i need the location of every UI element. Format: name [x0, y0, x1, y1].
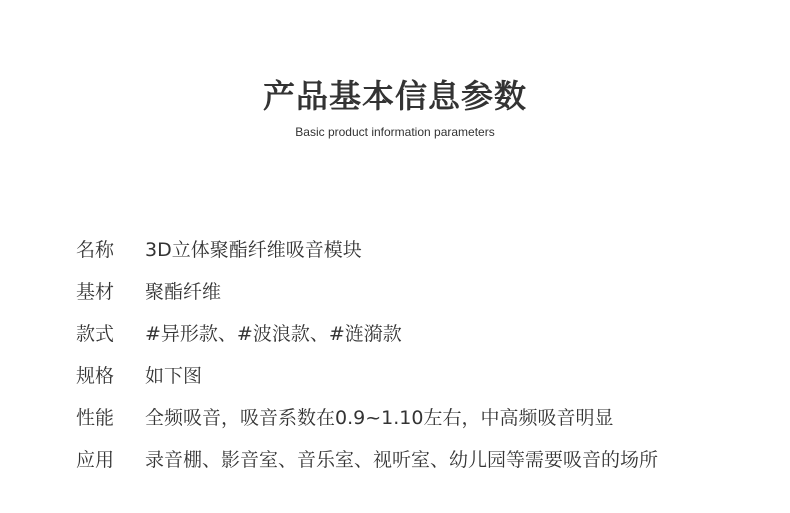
spec-label: 应用 — [76, 446, 145, 474]
spec-value: 聚酯纤维 — [145, 278, 221, 306]
spec-value: 全频吸音，吸音系数在0.9~1.10左右，中高频吸音明显 — [145, 404, 613, 432]
spec-label: 名称 — [76, 236, 145, 264]
spec-row-size: 规格 如下图 — [76, 355, 658, 397]
spec-value: #异形款、#波浪款、#涟漪款 — [145, 320, 402, 348]
spec-value: 录音棚、影音室、音乐室、视听室、幼儿园等需要吸音的场所 — [145, 446, 658, 474]
spec-value: 3D立体聚酯纤维吸音模块 — [145, 236, 362, 264]
spec-row-material: 基材 聚酯纤维 — [76, 271, 658, 313]
spec-list: 名称 3D立体聚酯纤维吸音模块 基材 聚酯纤维 款式 #异形款、#波浪款、#涟漪… — [76, 229, 658, 481]
page-subtitle: Basic product information parameters — [0, 124, 790, 140]
spec-label: 款式 — [76, 320, 145, 348]
spec-value: 如下图 — [145, 362, 202, 390]
spec-label: 基材 — [76, 278, 145, 306]
spec-row-application: 应用 录音棚、影音室、音乐室、视听室、幼儿园等需要吸音的场所 — [76, 439, 658, 481]
spec-label: 性能 — [76, 404, 145, 432]
spec-row-performance: 性能 全频吸音，吸音系数在0.9~1.10左右，中高频吸音明显 — [76, 397, 658, 439]
spec-row-style: 款式 #异形款、#波浪款、#涟漪款 — [76, 313, 658, 355]
page-title: 产品基本信息参数 — [0, 76, 790, 116]
spec-row-name: 名称 3D立体聚酯纤维吸音模块 — [76, 229, 658, 271]
spec-label: 规格 — [76, 362, 145, 390]
